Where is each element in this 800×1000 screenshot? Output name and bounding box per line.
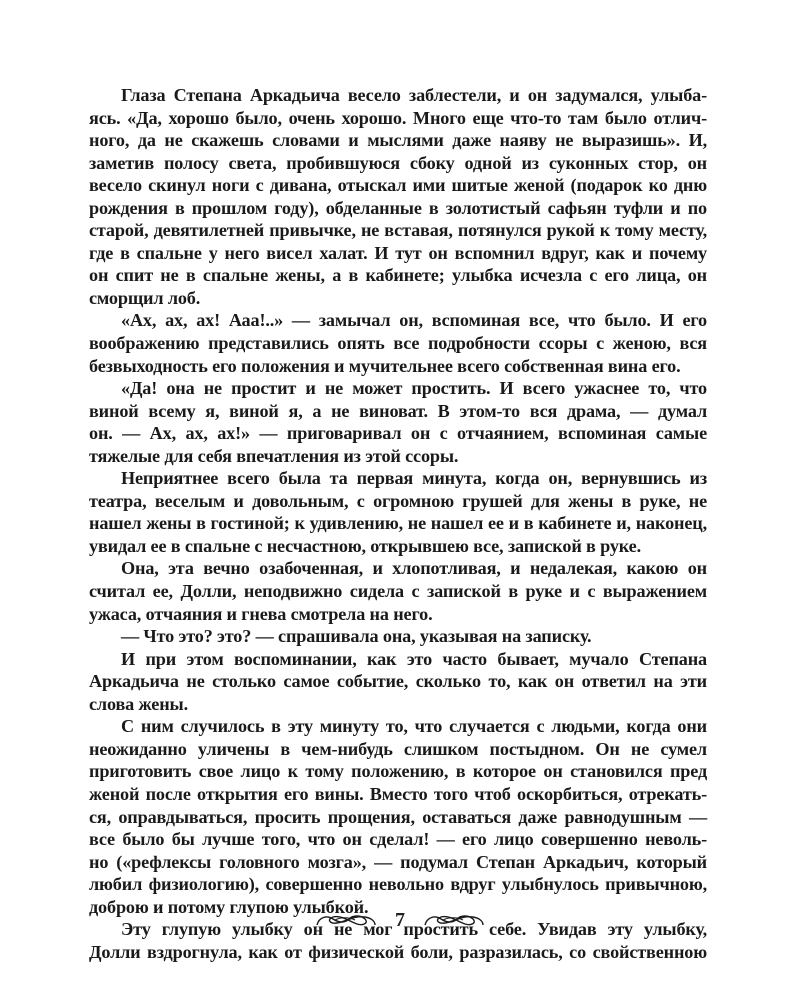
text-line: ся, оправдываться, просить прощения, ост… (89, 806, 707, 829)
text-line: он спит не в спальне жены, а в кабинете;… (89, 264, 707, 287)
text-line: Аркадьича не столько самое событие, скол… (89, 670, 707, 693)
text-line: где в спальне у него висел халат. И тут … (89, 242, 707, 265)
text-line: Глаза Степана Аркадьича весело заблестел… (89, 84, 707, 107)
text-line: но («рефлексы головного мозга», — подума… (89, 851, 707, 874)
text-line: любил физиологию), совершенно невольно в… (89, 873, 707, 896)
text-line: тяжелые для себя впечатления из этой ссо… (89, 445, 707, 468)
flourish-ornament-icon (423, 911, 485, 929)
text-line: театра, веселым и довольным, с огромною … (89, 490, 707, 513)
text-line: нашел жены в гостиной; к удивлению, не н… (89, 512, 707, 535)
text-line: «Да! она не простит и не может простить.… (89, 377, 707, 400)
text-line: ясь. «Да, хорошо было, очень хорошо. Мно… (89, 107, 707, 130)
text-line: С ним случилось в эту минуту то, что слу… (89, 715, 707, 738)
text-line: безвыходность его положения и мучительне… (89, 355, 707, 378)
text-line: виной всему я, виной я, а не виноват. В … (89, 400, 707, 423)
text-line: воображению представились опять все подр… (89, 332, 707, 355)
page-number: 7 (395, 909, 405, 932)
text-line: женой после открытия его вины. Вместо то… (89, 783, 707, 806)
text-line: ужаса, отчаяния и гнева смотрела на него… (89, 603, 707, 626)
page-footer: 7 (0, 905, 800, 935)
text-line: Неприятнее всего была та первая минута, … (89, 467, 707, 490)
text-line: Долли вздрогнула, как от физической боли… (89, 941, 707, 964)
text-line: неожиданно уличены в чем-нибудь слишком … (89, 738, 707, 761)
page-body: Глаза Степана Аркадьича весело заблестел… (89, 84, 707, 963)
text-line: ного, да не скажешь словами и мыслями да… (89, 129, 707, 152)
text-line: заметив полосу света, пробившуюся сбоку … (89, 152, 707, 175)
text-line: увидал ее в спальне с несчастною, открыв… (89, 535, 707, 558)
text-line: сморщил лоб. (89, 287, 707, 310)
text-line: И при этом воспоминании, как это часто б… (89, 648, 707, 671)
text-line: считал ее, Долли, неподвижно сидела с за… (89, 580, 707, 603)
text-line: «Ах, ах, ах! Ааа!..» — замычал он, вспом… (89, 309, 707, 332)
text-line: он. — Ах, ах, ах!» — приговаривал он с о… (89, 422, 707, 445)
text-line: рождения в прошлом году), обделанные в з… (89, 197, 707, 220)
text-line: Она, эта вечно озабоченная, и хлопотлива… (89, 557, 707, 580)
text-line: старой, девятилетней привычке, не встава… (89, 219, 707, 242)
text-line: приготовить свое лицо к тому положению, … (89, 760, 707, 783)
text-line: все было бы лучше того, что он сделал! —… (89, 828, 707, 851)
text-line: — Что это? это? — спрашивала она, указыв… (89, 625, 707, 648)
flourish-ornament-icon (315, 911, 377, 929)
text-line: слова жены. (89, 693, 707, 716)
text-line: весело скинул ноги с дивана, отыскал ими… (89, 174, 707, 197)
